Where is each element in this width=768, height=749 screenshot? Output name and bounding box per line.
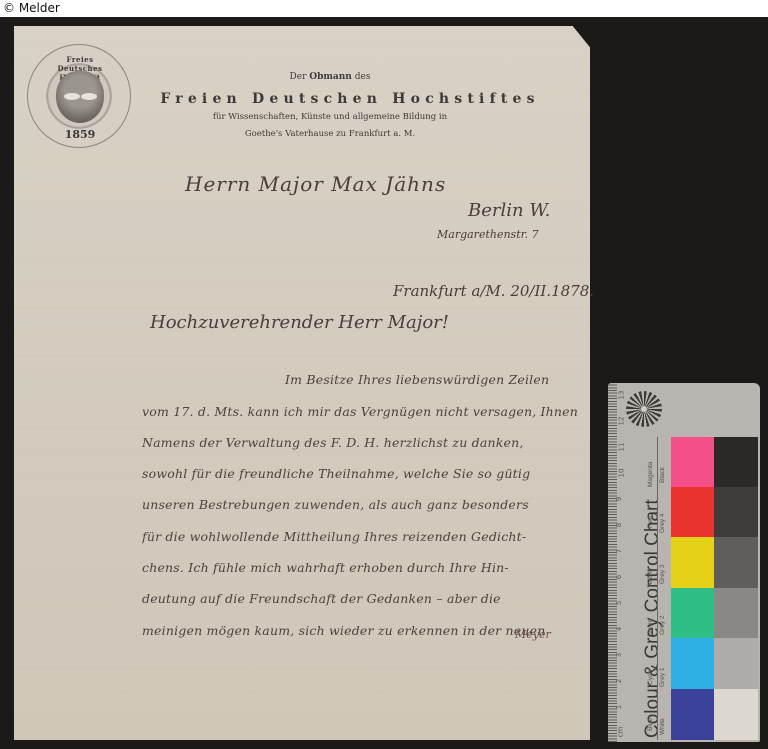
ruler-number: 6 xyxy=(615,575,623,579)
body-line: chens. Ich fühle mich wahrhaft erhoben d… xyxy=(142,560,577,575)
patch-label: Grey 3 xyxy=(659,564,666,584)
ruler-number: 4 xyxy=(615,627,623,631)
credit-bar: © Melder xyxy=(0,0,768,17)
colour-control-chart: cm 1 2 3 4 5 6 7 8 9 10 11 12 13 Colour … xyxy=(608,383,760,742)
ruler-number: 9 xyxy=(615,497,623,501)
body-line: vom 17. d. Mts. kann ich mir das Vergnüg… xyxy=(142,404,577,419)
ruler-number: 11 xyxy=(617,443,625,452)
patch-label: Blue xyxy=(647,718,654,731)
patch-cyan xyxy=(671,638,714,689)
patch-label: Grey 2 xyxy=(659,615,666,635)
patch-label: Cyan xyxy=(647,670,654,685)
addressee: Herrn Major Max Jähns xyxy=(185,172,446,196)
body-line: unseren Bestrebungen zuwenden, als auch … xyxy=(142,497,577,512)
ruler-number: 10 xyxy=(617,469,625,478)
patch-label: Green xyxy=(647,619,654,637)
ruler-number: 1 xyxy=(615,705,623,709)
body-line: Namens der Verwaltung des F. D. H. herzl… xyxy=(142,435,577,450)
signature: Meyer xyxy=(515,628,551,641)
patch-label: Magenta xyxy=(647,462,654,487)
letterhead-line-4: Goethe's Vaterhause zu Frankfurt a. M. xyxy=(150,129,510,139)
seal-emblem: Freies Deutsches Hochstift 1859 xyxy=(27,44,131,148)
oak-leaf-icon xyxy=(64,93,80,100)
ruler-number: 8 xyxy=(615,523,623,527)
addressee-city: Berlin W. xyxy=(468,200,550,221)
salutation: Hochzuverehrender Herr Major! xyxy=(150,312,449,333)
letterhead-line-3: für Wissenschaften, Künste und allgemein… xyxy=(150,112,510,122)
ruler-numbers: cm 1 2 3 4 5 6 7 8 9 10 11 12 13 xyxy=(617,383,627,742)
patch-label: Grey 4 xyxy=(659,513,666,533)
seal-year: 1859 xyxy=(64,128,96,141)
patch-magenta xyxy=(671,437,714,487)
patch-green xyxy=(671,588,714,638)
dateline: Frankfurt a/M. 20/II.1878. xyxy=(393,282,594,300)
letterhead-prefix: Der xyxy=(290,72,307,82)
body-line: für die wohlwollende Mittheilung Ihres r… xyxy=(142,529,577,544)
patch-label: Black xyxy=(659,467,666,483)
ruler-unit: cm xyxy=(616,727,624,738)
addressee-street: Margarethenstr. 7 xyxy=(437,228,539,241)
body-line: deutung auf die Freundschaft der Gedanke… xyxy=(142,591,577,606)
patch-label: White xyxy=(659,718,666,735)
patch-grey-4 xyxy=(714,487,758,537)
label-divider xyxy=(657,437,658,740)
ruler-number: 13 xyxy=(617,391,625,400)
letterhead-obmann: Obmann xyxy=(309,72,352,82)
body-line: meinigen mögen kaum, sich wieder zu erke… xyxy=(142,623,577,638)
body-line: Im Besitze Ihres liebenswürdigen Zeilen xyxy=(285,372,575,387)
patch-red xyxy=(671,487,714,537)
patch-label: Red xyxy=(647,516,654,528)
ruler-number: 12 xyxy=(617,417,625,426)
oak-leaf-icon xyxy=(81,93,97,100)
patch-label: Yellow xyxy=(647,569,654,588)
ruler-number: 3 xyxy=(615,653,623,657)
patch-blue xyxy=(671,689,714,740)
letterhead-line-1: Der Obmann des xyxy=(150,72,510,82)
patch-grey-2 xyxy=(714,588,758,638)
patch-grey-1 xyxy=(714,638,758,689)
patch-grey-3 xyxy=(714,537,758,588)
patch-yellow xyxy=(671,537,714,588)
patch-black xyxy=(714,437,758,487)
letterhead-suffix: des xyxy=(355,72,371,82)
patch-label: Grey 1 xyxy=(659,667,666,687)
patch-white xyxy=(714,689,758,740)
ruler-number: 7 xyxy=(615,549,623,553)
siemens-star-icon xyxy=(626,391,662,427)
ruler-number: 5 xyxy=(615,601,623,605)
letterhead-institution: Freien Deutschen Hochstiftes xyxy=(160,91,540,107)
copyright-credit: © Melder xyxy=(3,1,60,15)
body-line: sowohl für die freundliche Theilnahme, w… xyxy=(142,466,577,481)
seal-trefoil-icon xyxy=(56,71,104,123)
ruler-number: 2 xyxy=(615,679,623,683)
